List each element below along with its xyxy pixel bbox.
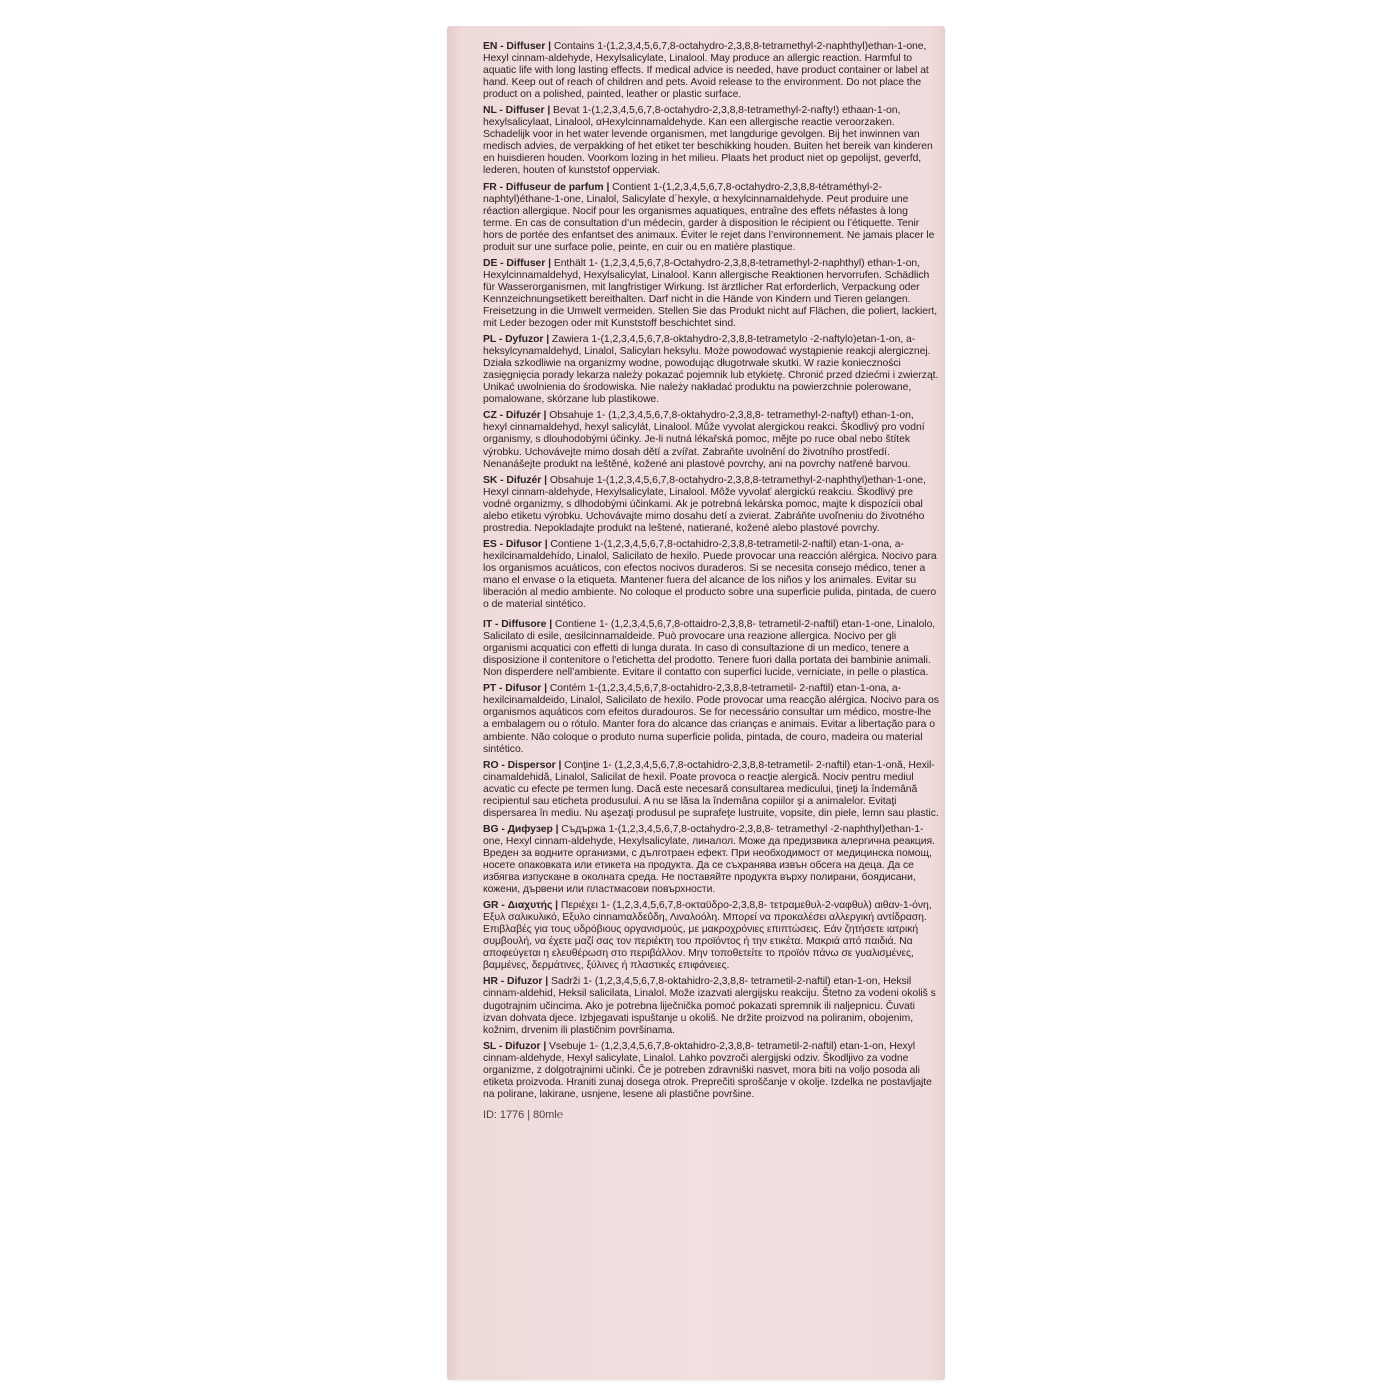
paragraph-text: Obsahuje 1- (1,2,3,4,5,6,7,8-oktahydro-2… [483,410,925,469]
paragraph-de: DE - Diffuser | Enthält 1- (1,2,3,4,5,6,… [483,258,939,330]
paragraph-text: Zawiera 1-(1,2,3,4,5,6,7,8-oktahydro-2,3… [483,334,938,405]
language-heading: ES - Difusor | [483,539,548,550]
warning-text-block: EN - Diffuser | Contains 1-(1,2,3,4,5,6,… [483,41,939,1121]
language-heading: DE - Diffuser | [483,258,551,269]
paragraph-text: Bevat 1-(1,2,3,4,5,6,7,8-octahydro-2,3,8… [483,105,933,176]
product-box-label: EN - Diffuser | Contains 1-(1,2,3,4,5,6,… [447,26,945,1380]
paragraph-hr: HR - Difuzor | Sadrži 1- (1,2,3,4,5,6,7,… [483,976,939,1036]
language-heading: FR - Diffuseur de parfum | [483,182,609,193]
language-heading: GR - Διαχυτής | [483,900,558,911]
language-heading: BG - Дифузер | [483,824,558,835]
paragraph-text: Obsahuje 1-(1,2,3,4,5,6,7,8-octahydro-2,… [483,475,926,534]
paragraph-sl: SL - Difuzor | Vsebuje 1- (1,2,3,4,5,6,7… [483,1041,939,1101]
language-heading: PL - Dyfuzor | [483,334,549,345]
language-heading: RO - Dispersor | [483,760,561,771]
paragraph-cz: CZ - Difuzér | Obsahuje 1- (1,2,3,4,5,6,… [483,410,939,470]
language-heading: PT - Difusor | [483,683,547,694]
paragraph-text: Sadrži 1- (1,2,3,4,5,6,7,8-oktahidro-2,3… [483,976,936,1035]
paragraph-gr: GR - Διαχυτής | Περιέχει 1- (1,2,3,4,5,6… [483,900,939,972]
paragraph-sk: SK - Difuzér | Obsahuje 1-(1,2,3,4,5,6,7… [483,475,939,535]
language-heading: CZ - Difuzér | [483,410,546,421]
paragraph-it: IT - Diffusore | Contiene 1- (1,2,3,4,5,… [483,619,939,679]
paragraph-text: Contiene 1-(1,2,3,4,5,6,7,8-octahidro-2,… [483,539,937,610]
paragraph-text: Vsebuje 1- (1,2,3,4,5,6,7,8-oktahidro-2,… [483,1041,932,1100]
paragraph-text: Contém 1-(1,2,3,4,5,6,7,8-octahidro-2,3,… [483,683,939,754]
language-heading: NL - Diffuser | [483,105,550,116]
language-heading: HR - Difuzor | [483,976,548,987]
paragraph-bg: BG - Дифузер | Съдържа 1-(1,2,3,4,5,6,7,… [483,824,939,896]
estimated-sign-icon: ℮ [557,1109,564,1121]
language-heading: EN - Diffuser | [483,41,551,52]
paragraph-ro: RO - Dispersor | Conţine 1- (1,2,3,4,5,6… [483,760,939,820]
product-id-volume: ID: 1776 | 80ml [483,1109,557,1121]
paragraph-en: EN - Diffuser | Contains 1-(1,2,3,4,5,6,… [483,41,939,101]
paragraph-es: ES - Difusor | Contiene 1-(1,2,3,4,5,6,7… [483,539,939,611]
language-heading: SK - Difuzér | [483,475,547,486]
paragraph-text: Enthält 1- (1,2,3,4,5,6,7,8-Octahydro-2,… [483,258,937,329]
language-heading: IT - Diffusore | [483,619,552,630]
paragraph-nl: NL - Diffuser | Bevat 1-(1,2,3,4,5,6,7,8… [483,105,939,177]
language-heading: SL - Difuzor | [483,1041,546,1052]
paragraph-pl: PL - Dyfuzor | Zawiera 1-(1,2,3,4,5,6,7,… [483,334,939,406]
paragraph-fr: FR - Diffuseur de parfum | Contient 1-(1… [483,182,939,254]
paragraph-pt: PT - Difusor | Contém 1-(1,2,3,4,5,6,7,8… [483,683,939,755]
product-id-footer: ID: 1776 | 80ml℮ [483,1109,939,1121]
